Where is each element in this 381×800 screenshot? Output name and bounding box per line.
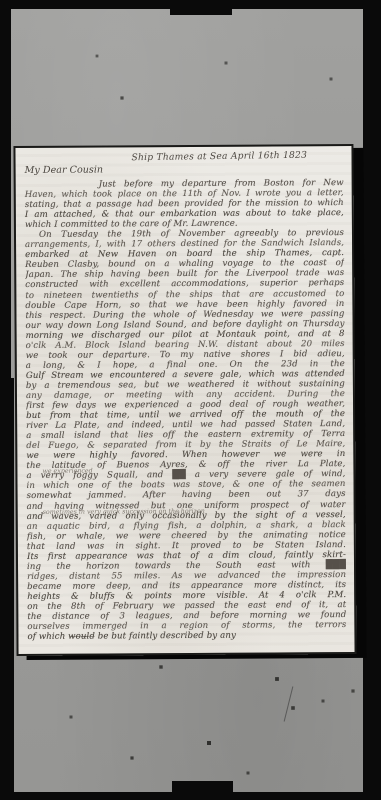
frame-edge-step (11, 378, 14, 792)
scanner-notch-top (170, 0, 232, 15)
dust-specks (0, 0, 2, 2)
letter-page: Ship Thames at Sea April 16th 1823 My De… (13, 144, 356, 656)
scanner-notch-bottom (172, 781, 233, 800)
letter-body: Just before my departure from Boston for… (25, 178, 347, 650)
letter-dateline: Ship Thames at Sea April 16th 1823 (131, 149, 343, 163)
letter-line: of which w̶o̶u̶l̶d̶ be but faintly descr… (27, 630, 346, 642)
letter-salutation: My Dear Cousin (25, 164, 104, 175)
scan-canvas: Ship Thames at Sea April 16th 1823 My De… (0, 0, 381, 800)
